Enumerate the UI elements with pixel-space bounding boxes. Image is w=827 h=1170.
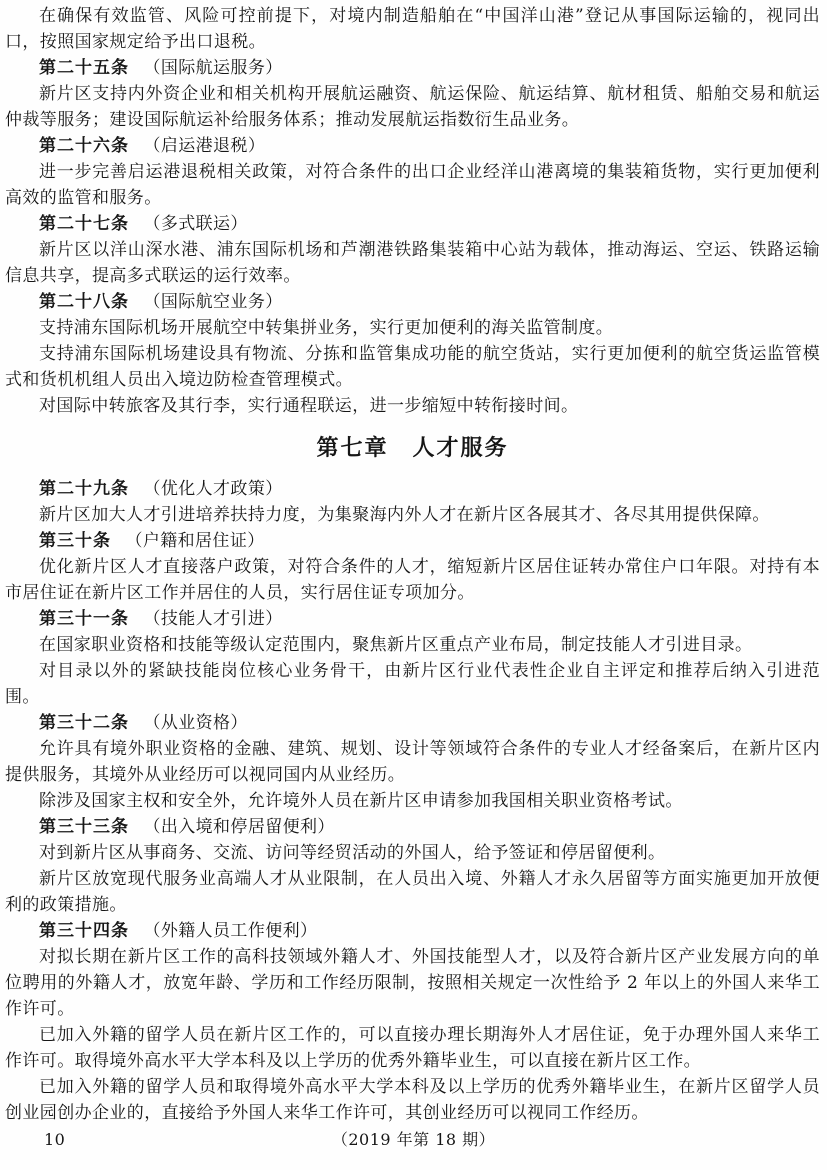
article-heading: 第三十二条（从业资格）: [5, 710, 820, 736]
article-title: （国际航空业务）: [129, 292, 283, 312]
article-title: （从业资格）: [129, 713, 248, 733]
document-content: 在确保有效监管、风险可控前提下，对境内制造船舶在“中国洋山港”登记从事国际运输的…: [0, 0, 827, 1126]
article-number: 第三十四条: [39, 921, 129, 941]
body-paragraph: 支持浦东国际机场开展航空中转集拼业务，实行更加便利的海关监管制度。: [5, 315, 820, 341]
body-paragraph: 支持浦东国际机场建设具有物流、分拣和监管集成功能的航空货站，实行更加便利的航空货…: [5, 341, 820, 393]
page-footer: 10 （2019 年第 18 期）: [0, 1129, 827, 1155]
body-paragraph: 已加入外籍的留学人员在新片区工作的，可以直接办理长期海外人才居住证，免于办理外国…: [5, 1022, 820, 1074]
article-number: 第三十条: [39, 531, 111, 551]
body-paragraph: 允许具有境外职业资格的金融、建筑、规划、设计等领域符合条件的专业人才经备案后，在…: [5, 736, 820, 788]
body-paragraph: 在国家职业资格和技能等级认定范围内，聚焦新片区重点产业布局，制定技能人才引进目录…: [5, 632, 820, 658]
body-paragraph: 对国际中转旅客及其行李，实行通程联运，进一步缩短中转衔接时间。: [5, 393, 820, 419]
body-paragraph: 新片区加大人才引进培养扶持力度，为集聚海内外人才在新片区各展其才、各尽其用提供保…: [5, 502, 820, 528]
article-heading: 第二十七条（多式联运）: [5, 211, 820, 237]
article-title: （国际航运服务）: [129, 58, 283, 78]
article-number: 第二十七条: [39, 214, 129, 234]
body-paragraph: 除涉及国家主权和安全外，允许境外人员在新片区申请参加我国相关职业资格考试。: [5, 788, 820, 814]
article-heading: 第三十四条（外籍人员工作便利）: [5, 918, 820, 944]
body-paragraph: 对拟长期在新片区工作的高科技领域外籍人才、外国技能型人才，以及符合新片区产业发展…: [5, 944, 820, 1022]
article-heading: 第二十八条（国际航空业务）: [5, 289, 820, 315]
article-number: 第三十三条: [39, 817, 129, 837]
body-paragraph: 优化新片区人才直接落户政策，对符合条件的人才，缩短新片区居住证转办常住户口年限。…: [5, 554, 820, 606]
article-number: 第二十六条: [39, 136, 129, 156]
body-paragraph: 对目录以外的紧缺技能岗位核心业务骨干，由新片区行业代表性企业自主评定和推荐后纳入…: [5, 658, 820, 710]
article-heading: 第三十三条（出入境和停居留便利）: [5, 814, 820, 840]
article-number: 第三十二条: [39, 713, 129, 733]
chapter-heading: 第七章 人才服务: [5, 435, 820, 463]
article-heading: 第三十一条（技能人才引进）: [5, 606, 820, 632]
body-paragraph: 对到新片区从事商务、交流、访问等经贸活动的外国人，给予签证和停居留便利。: [5, 840, 820, 866]
article-number: 第二十八条: [39, 292, 129, 312]
article-number: 第二十九条: [39, 479, 129, 499]
article-title: （外籍人员工作便利）: [129, 921, 317, 941]
body-paragraph: 新片区以洋山深水港、浦东国际机场和芦潮港铁路集装箱中心站为载体，推动海运、空运、…: [5, 237, 820, 289]
article-title: （出入境和停居留便利）: [129, 817, 335, 837]
article-title: （优化人才政策）: [129, 479, 283, 499]
article-title: （启运港退税）: [129, 136, 265, 156]
article-heading: 第二十五条（国际航运服务）: [5, 55, 820, 81]
document-page: 在确保有效监管、风险可控前提下，对境内制造船舶在“中国洋山港”登记从事国际运输的…: [0, 0, 827, 1170]
body-paragraph: 已加入外籍的留学人员和取得境外高水平大学本科及以上学历的优秀外籍毕业生，在新片区…: [5, 1074, 820, 1126]
issue-label: （2019 年第 18 期）: [0, 1129, 827, 1151]
article-number: 第三十一条: [39, 609, 129, 629]
body-paragraph: 新片区放宽现代服务业高端人才从业限制，在人员出入境、外籍人才永久居留等方面实施更…: [5, 866, 820, 918]
body-paragraph: 在确保有效监管、风险可控前提下，对境内制造船舶在“中国洋山港”登记从事国际运输的…: [5, 3, 820, 55]
article-title: （技能人才引进）: [129, 609, 283, 629]
article-title: （多式联运）: [129, 214, 248, 234]
article-title: （户籍和居住证）: [111, 531, 265, 551]
body-paragraph: 新片区支持内外资企业和相关机构开展航运融资、航运保险、航运结算、航材租赁、船舶交…: [5, 81, 820, 133]
article-number: 第二十五条: [39, 58, 129, 78]
article-heading: 第二十九条（优化人才政策）: [5, 476, 820, 502]
article-heading: 第二十六条（启运港退税）: [5, 133, 820, 159]
article-heading: 第三十条（户籍和居住证）: [5, 528, 820, 554]
body-paragraph: 进一步完善启运港退税相关政策，对符合条件的出口企业经洋山港离境的集装箱货物，实行…: [5, 159, 820, 211]
